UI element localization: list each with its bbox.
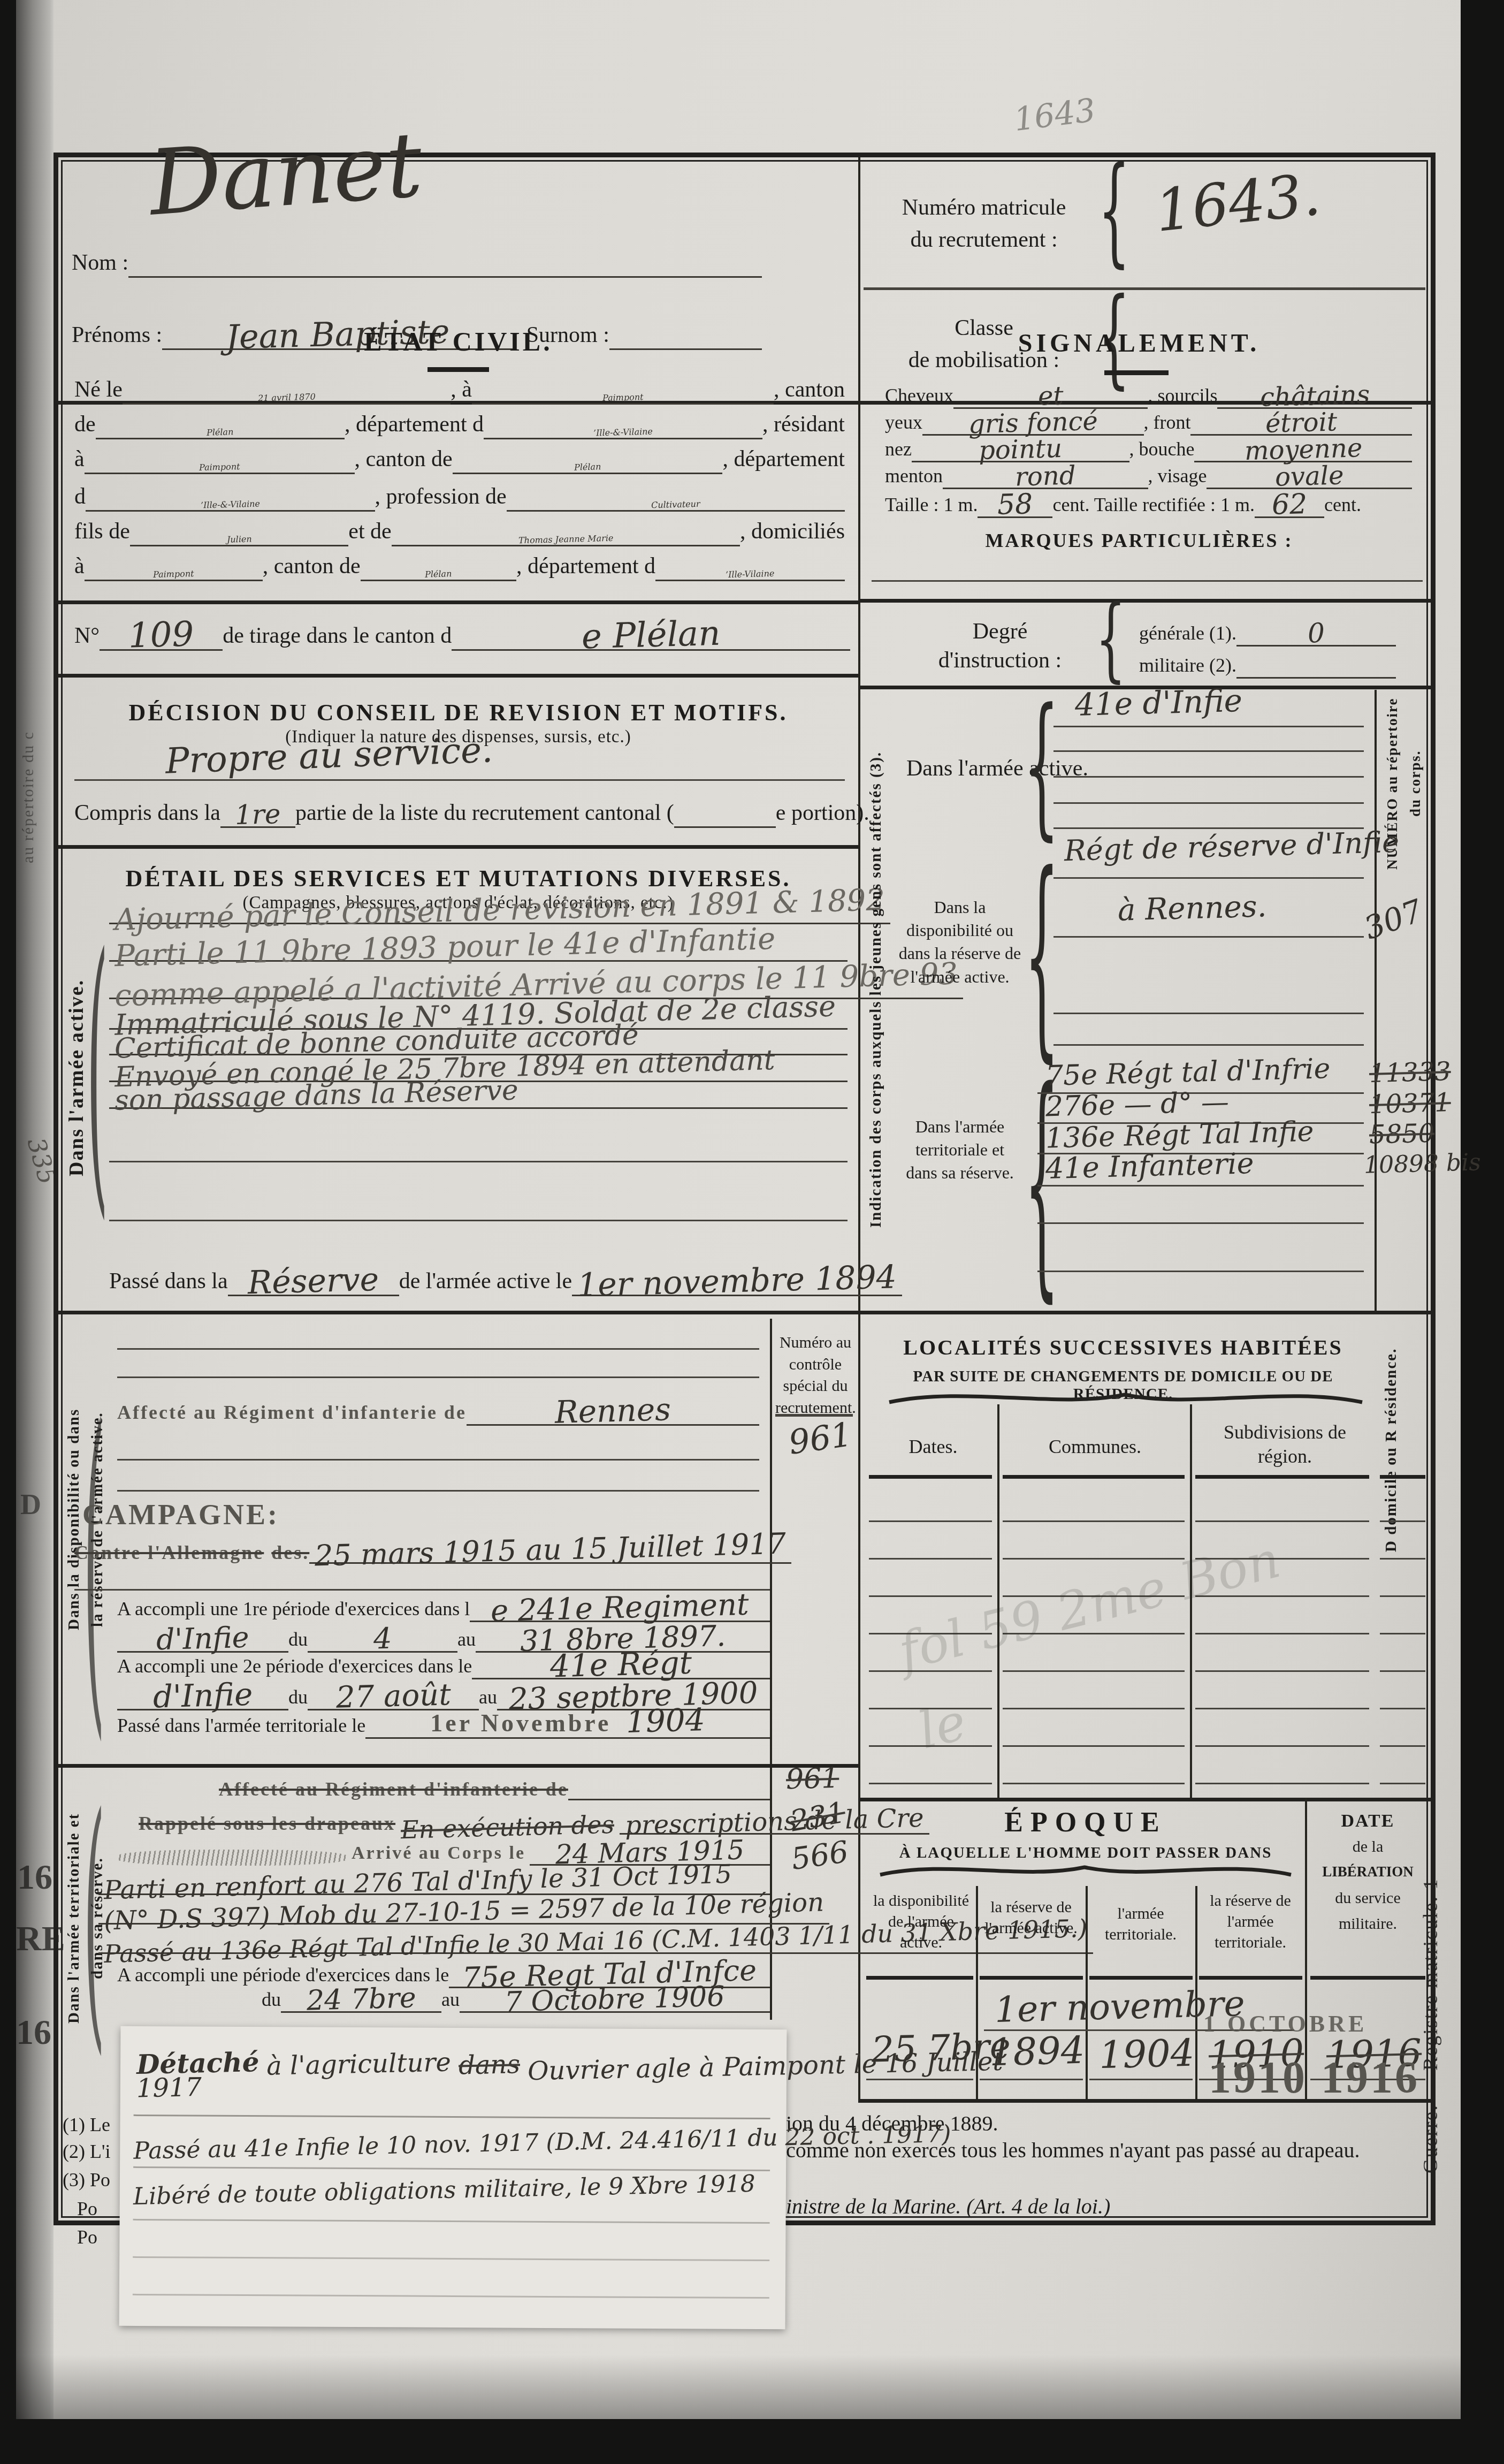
birth-date-value: 21 avril 1870	[258, 393, 316, 402]
description-title: SIGNALEMENT.	[866, 329, 1412, 358]
pencil-matricule-number: 1643	[1012, 97, 1097, 134]
residence-departement-line: ’Ille-&-Vilaine	[86, 500, 375, 512]
localities-empty-rows	[1380, 1485, 1425, 1784]
territorial-corps-row: 41e Infanterie	[1045, 1151, 1254, 1181]
assigned-regiment-value: Rennes	[554, 1396, 671, 1426]
blank-rule	[117, 1348, 759, 1350]
profession-line: Cultivateur	[507, 500, 845, 512]
surname-label: Nom :	[72, 250, 128, 276]
brace: (	[87, 922, 108, 1223]
october-stamp: 1 OCTOBRE	[1203, 2010, 1367, 2037]
liberation-date-header: de la	[1310, 1838, 1425, 1856]
exercise-to: 7 Octobre 1906	[505, 1985, 725, 2014]
against-germany-struck: des.	[271, 1541, 309, 1564]
council-decision-title: DÉCISION DU CONSEIL DE REVISION ET MOTIF…	[58, 699, 858, 726]
born-on-label: Né le	[74, 377, 123, 402]
register-sheet: au répertoire du c 335 D 16 RE 16 1643 G…	[16, 0, 1461, 2419]
reserve-date-line: 1er novembre 1894	[572, 1268, 902, 1296]
epoch-reserve-value: 1894	[989, 2035, 1085, 2069]
reserve-regiment-value: Régt de réserve d'Infie	[1064, 830, 1400, 863]
canton-value: Plélan	[207, 428, 234, 436]
communes-column-header: Communes.	[1003, 1435, 1187, 1458]
included-label: Compris dans la	[74, 800, 220, 826]
departement-line: ’Ille-&-Vilaine	[484, 428, 762, 439]
parents-commune-value: Paimpont	[153, 570, 194, 579]
civil-status-title: ÉTAT CIVIL.	[58, 326, 858, 357]
particular-marks-label: MARQUES PARTICULIÈRES :	[866, 529, 1412, 552]
ornament-swash	[885, 1388, 1366, 1410]
face-label: , visage	[1148, 465, 1207, 487]
portion-line	[674, 826, 776, 828]
canton-of-label: , canton de	[355, 446, 453, 472]
at-label: à	[74, 446, 85, 472]
epoch-col-header: la réserve de l'armée active.	[980, 1897, 1082, 1938]
service-line: son passage dans la Réserve	[109, 1084, 848, 1109]
special-number-header: Numéro au contrôle spécial du recrutemen…	[775, 1332, 856, 1419]
father-value: Julien	[227, 535, 252, 543]
blank-rule	[1053, 776, 1364, 778]
territorial-number: 10898 bis	[1364, 1152, 1482, 1175]
blank-rule	[117, 1459, 759, 1461]
residence-line: Paimpont	[85, 463, 355, 474]
resident-label: , résidant	[762, 412, 845, 437]
brace: {	[1095, 594, 1126, 685]
departement-label: , département d	[345, 412, 484, 437]
canton-of-label: , canton de	[263, 553, 361, 579]
residence-canton-line: Plélan	[453, 463, 723, 474]
disponibilite-label: Dans la disponibilité ou dans la réserve…	[898, 896, 1021, 988]
territorial-army-label: Dans l'armée territoriale et dans sa rés…	[898, 1115, 1021, 1185]
year-1910-stamp: 1910	[1209, 2052, 1307, 2104]
liberation-date-header: DATE	[1310, 1811, 1425, 1831]
birth-place-line: Paimpont	[472, 393, 774, 405]
at-label: à	[74, 553, 85, 579]
strip-fragment: D	[20, 1488, 41, 1521]
slip-liberation: Libéré de toute obligations militaire, l…	[133, 2174, 755, 2207]
height-rectified-line: 62	[1255, 493, 1324, 518]
parents-departement-line: ’Ille-Vilaine	[655, 570, 845, 581]
mother-line: Thomas Jeanne Marie	[392, 535, 740, 546]
territorial-corps-row: 75e Régt tal d'Infrie	[1045, 1057, 1331, 1088]
education-label: Degré	[914, 619, 1086, 644]
blank-rule	[109, 1220, 848, 1221]
recalled-stamp: Rappelé sous les drapeaux	[139, 1812, 395, 1835]
special-number-value: 961	[787, 1420, 854, 1457]
liberation-date-header: LIBÉRATION	[1310, 1864, 1425, 1880]
parents-canton-line: Plélan	[361, 570, 516, 581]
military-education-line	[1236, 677, 1396, 679]
education-label-2: d'instruction :	[914, 648, 1086, 673]
general-education-value: 0	[1307, 622, 1325, 645]
epoch-territorial-value: 1904	[1098, 2037, 1195, 2072]
corps-side-label: Indication des corps auxquels les jeunes…	[867, 698, 899, 1281]
dates-column-header: Dates.	[872, 1435, 995, 1458]
campaign-dates-line: 25 mars 1915 au 15 Juillet 1917	[309, 1538, 791, 1564]
blank-rule	[1053, 1044, 1364, 1046]
included-end-label: e portion).	[776, 800, 869, 826]
list-part-line: 1re	[220, 803, 295, 828]
d-label: d	[74, 484, 86, 509]
subdivisions-column-header: Subdivisions de région.	[1198, 1420, 1372, 1469]
included-mid-label: partie de la liste du recrutement canton…	[295, 800, 674, 826]
strip-fragment: 16	[16, 2012, 51, 2053]
arrived-corps-stamp: Arrivé au Corps le	[352, 1843, 525, 1864]
height-line: 58	[978, 493, 1052, 518]
epoch-col-header: la disponibilité de l'armée active.	[869, 1890, 973, 1953]
draw-canton-line: e Plélan	[452, 621, 850, 651]
military-education-label: militaire (2).	[1139, 654, 1236, 676]
active-army-label: Dans l'armée active.	[906, 754, 1013, 784]
exercise-from-line: 24 7bre	[281, 1988, 441, 2013]
draw-canton-value: e Plélan	[581, 619, 721, 652]
profession-value: Cultivateur	[651, 500, 700, 509]
parents-commune-line: Paimpont	[85, 570, 263, 581]
territorial-corps-row: 136e Régt Tal Infie	[1045, 1120, 1314, 1150]
height-rectified-value: 62	[1271, 492, 1307, 517]
epoch-col-header: la réserve de l'armée territoriale.	[1199, 1890, 1302, 1953]
liberation-date-header: du service	[1310, 1889, 1425, 1907]
birth-date-line: 21 avril 1870	[123, 393, 451, 405]
canton-label: , canton	[774, 377, 845, 402]
territorial-number-struck: 10371	[1369, 1092, 1451, 1116]
against-germany-stamp: Contre l'Allemagne	[74, 1541, 264, 1564]
blank-rule	[1037, 1271, 1364, 1272]
repertoire-number-307: 307	[1361, 898, 1426, 942]
footnote: Po	[77, 2197, 97, 2220]
birth-place-value: Paimpont	[602, 393, 644, 402]
of-label: de	[74, 412, 96, 437]
exercise-from: 24 7bre	[306, 1986, 416, 2013]
chin-label: menton	[885, 465, 943, 487]
liberation-date-header: militaire.	[1310, 1915, 1425, 1933]
epoch-col-header: l'armée territoriale.	[1089, 1903, 1192, 1945]
departement-label: , département d	[516, 553, 655, 579]
blank-rule	[117, 1490, 759, 1492]
brace: (	[83, 1388, 105, 1745]
reserve-date-value: 1er novembre 1894	[577, 1264, 897, 1299]
assigned-regiment-stamp: Affecté au Régiment d'infanterie de	[117, 1401, 467, 1424]
strip-fragment: 16	[17, 1857, 52, 1898]
residence-departement-value: ’Ille-&-Vilaine	[201, 500, 260, 509]
draw-canton-label: de tirage dans le canton d	[223, 623, 452, 649]
surname-line	[128, 276, 762, 278]
draw-number-line: 109	[100, 621, 223, 651]
territorial-label: Passé dans l'armée territoriale le	[117, 1714, 365, 1737]
general-education-line: 0	[1236, 622, 1396, 647]
slip-year: 1917	[136, 2077, 202, 2100]
slip-agriculture: à l'agriculture	[266, 2052, 452, 2078]
surname-value: Danet	[147, 126, 425, 222]
blank-rule	[1053, 802, 1364, 804]
footnote: (1) Le	[63, 2113, 110, 2136]
domiciled-label: , domiciliés	[740, 519, 845, 544]
matricule-label: Numéro matricule	[877, 195, 1091, 220]
active-corps-value: 41e d'Infie	[1074, 688, 1242, 718]
territorial-corps-row: 276e — d° —	[1045, 1091, 1229, 1119]
territorial-date-line: 1er Novembre 1904	[365, 1708, 770, 1739]
reserve-regiment-city: à Rennes.	[1117, 894, 1266, 923]
slip-worker-place: Ouvrier agle à Paimpont le 16 Juillet	[528, 2051, 1003, 2082]
matricule-label-2: du recrutement :	[877, 227, 1091, 253]
council-decision-value: Propre au service.	[165, 735, 493, 776]
to-label: au	[441, 1988, 460, 2011]
number-566: 566	[790, 1839, 850, 1873]
repertoire-column-divider	[1375, 690, 1377, 1311]
at-label: , à	[451, 377, 472, 402]
and-of-label: et de	[348, 519, 391, 544]
father-line: Julien	[130, 535, 348, 546]
localities-title: LOCALITÉS SUCCESSIVES HABITÉES	[866, 1335, 1380, 1360]
brace: {	[1098, 152, 1130, 270]
reassigned-line	[568, 1799, 770, 1800]
from-label: du	[262, 1988, 281, 2011]
blank-rule	[109, 1161, 848, 1162]
reserve-line: Réserve	[228, 1268, 399, 1296]
slip-struck-word: dans	[459, 2054, 521, 2077]
epoch-subtitle: À LAQUELLE L'HOMME DOIT PASSER DANS	[866, 1844, 1305, 1862]
number-961-struck: 961	[785, 1767, 839, 1792]
brace: {	[1025, 848, 1059, 1066]
departement-label: , département	[722, 446, 845, 472]
list-part-value: 1re	[235, 803, 281, 827]
reserve-value: Réserve	[247, 1266, 379, 1297]
footnote: (2) L'i	[63, 2140, 110, 2163]
cent-label: cent.	[1324, 493, 1361, 516]
exercise-to-line: 7 Octobre 1906	[460, 1988, 770, 2013]
reassigned-stamp-struck: Affecté au Régiment d'infanterie de	[219, 1778, 568, 1800]
campaign-dates-value: 25 mars 1915 au 15 Juillet 1917	[315, 1531, 787, 1568]
profession-label: , profession de	[375, 484, 507, 509]
blank-rule	[1053, 750, 1364, 752]
footnote: (3) Po	[63, 2169, 110, 2191]
epoch-title: ÉPOQUE	[866, 1807, 1305, 1838]
blank-rule	[872, 580, 1423, 582]
mother-value: Thomas Jeanne Marie	[518, 535, 614, 544]
territorial-date-value: 1904	[626, 1707, 706, 1735]
general-education-label: générale (1).	[1139, 622, 1236, 644]
service-entry: son passage dans la Réserve	[114, 1078, 519, 1113]
passed-reserve-mid: de l'armée active le	[399, 1268, 572, 1294]
territorial-date-stamp: 1er Novembre	[430, 1709, 611, 1737]
height-label: Taille : 1 m.	[885, 493, 978, 516]
number-231-struck: 231	[789, 1800, 847, 1834]
page-spine-strip: au répertoire du c 335 D 16 RE 16	[16, 0, 54, 2419]
parents-canton-value: Plélan	[425, 570, 452, 578]
form-frame: Danet Nom : Prénoms : Jean Baptiste Surn…	[54, 153, 1436, 2225]
scanned-register-page: { "header":{ "nom_label":"Nom :","nom_va…	[0, 0, 1504, 2464]
canton-line: Plélan	[96, 428, 345, 439]
assigned-regiment-line: Rennes	[467, 1398, 759, 1426]
territorial-number-struck: 11333	[1369, 1061, 1451, 1085]
blank-rule	[117, 1377, 759, 1378]
draw-number-value: 109	[128, 620, 194, 651]
footnote: Po	[77, 2226, 97, 2248]
year-1916-stamp: 1916	[1321, 2052, 1419, 2104]
brace: {	[1025, 690, 1059, 844]
passed-reserve-label: Passé dans la	[109, 1268, 228, 1294]
parents-departement-value: ’Ille-Vilaine	[726, 570, 775, 579]
draw-number-label: N°	[74, 623, 100, 649]
blank-rule	[1037, 1222, 1364, 1224]
residence-canton-value: Plélan	[574, 463, 601, 471]
footnote-fragment: inistre de la Marine. (Art. 4 de la loi.…	[786, 2194, 1110, 2219]
matricule-value: 1643.	[1153, 170, 1323, 237]
residence-value: Paimpont	[199, 463, 240, 471]
strip-fragment: au répertoire du c	[19, 685, 37, 910]
son-of-label: fils de	[74, 519, 130, 544]
blank-rule	[1053, 1013, 1364, 1014]
height-value: 58	[997, 492, 1033, 517]
pasted-slip: Détaché à l'agriculture dans Ouvrier agl…	[119, 2026, 787, 2330]
height-rectified-label: cent. Taille rectifiée : 1 m.	[1052, 493, 1255, 516]
ornament-swash	[877, 1862, 1294, 1881]
territorial-number-struck: 5850	[1369, 1122, 1434, 1146]
departement-value: ’Ille-&-Vilaine	[593, 428, 653, 437]
active-army-side-label: Dans l'armée active.	[65, 923, 88, 1233]
